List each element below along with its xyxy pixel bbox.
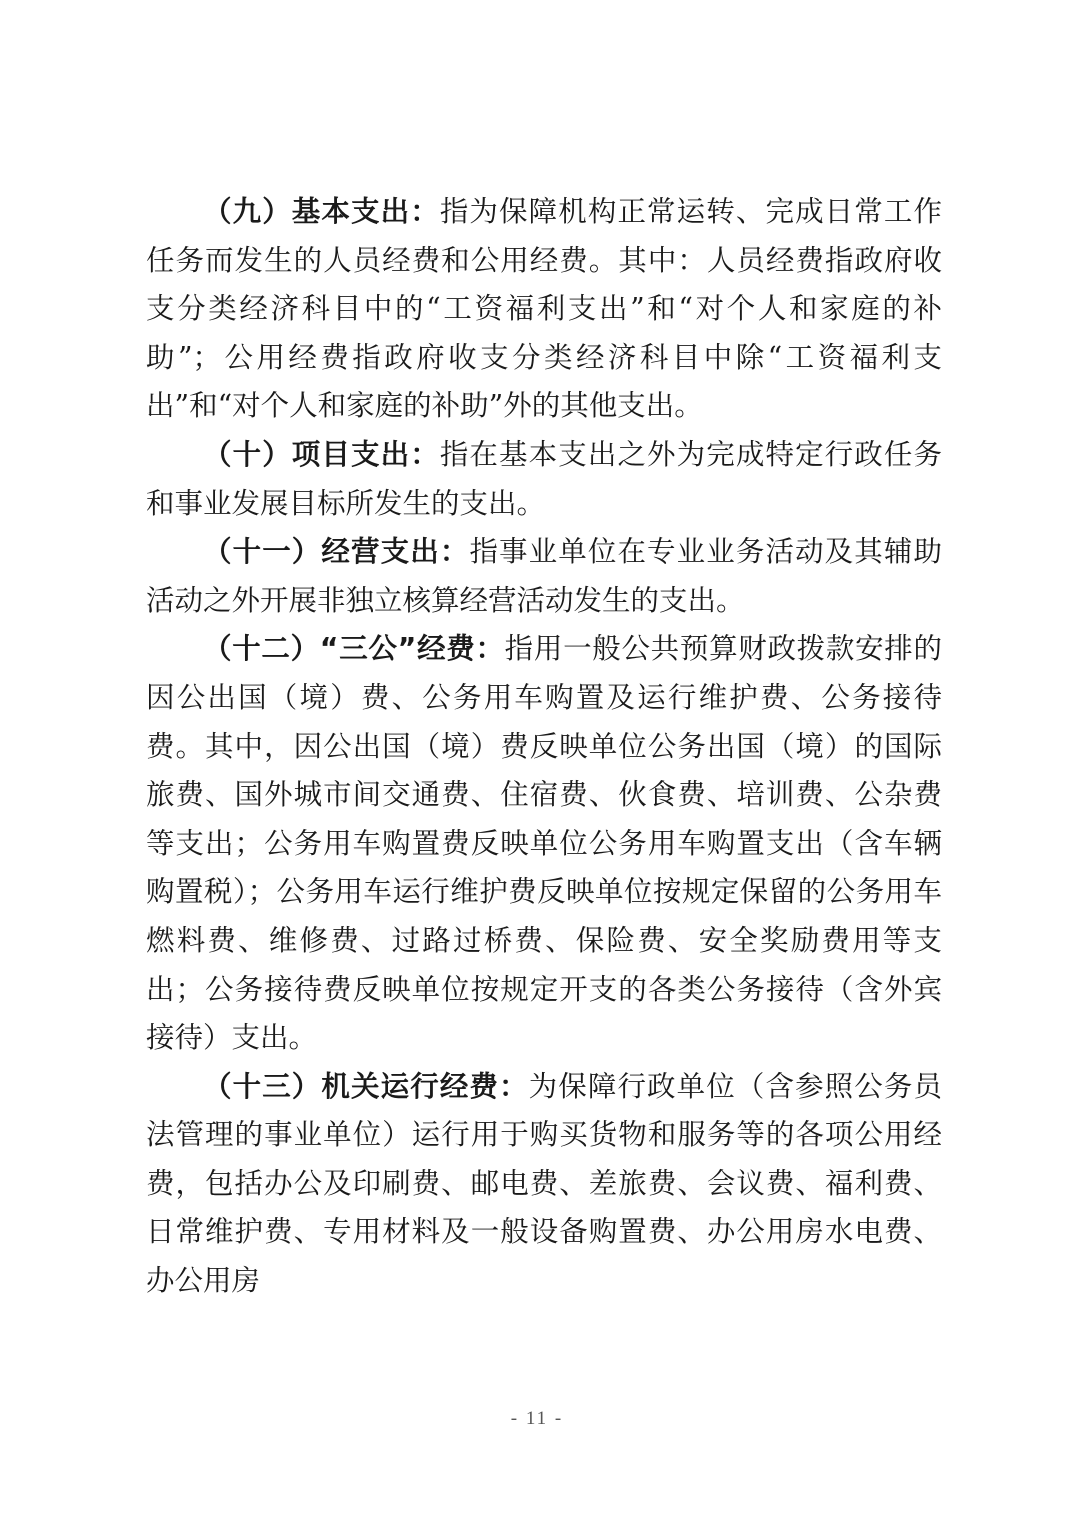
paragraph-business-expenditure: （十一）经营支出：指事业单位在专业业务活动及其辅助活动之外开展非独立核算经营活动… (146, 528, 942, 625)
term-heading: （十一）经营支出： (203, 535, 469, 568)
paragraph-text: 为保障行政单位（含参照公务员法管理的事业单位）运行用于购买货物和服务等的各项公用… (146, 1070, 942, 1297)
paragraph-basic-expenditure: （九）基本支出：指为保障机构正常运转、完成日常工作任务而发生的人员经费和公用经费… (146, 188, 942, 431)
document-body: （九）基本支出：指为保障机构正常运转、完成日常工作任务而发生的人员经费和公用经费… (146, 188, 942, 1306)
term-heading: （十二）“三公”经费： (203, 632, 505, 665)
paragraph-agency-operating-expenses: （十三）机关运行经费：为保障行政单位（含参照公务员法管理的事业单位）运行用于购买… (146, 1063, 942, 1306)
paragraph-text: 指为保障机构正常运转、完成日常工作任务而发生的人员经费和公用经费。其中：人员经费… (146, 195, 942, 422)
page-number: - 11 - (0, 1408, 1074, 1430)
paragraph-project-expenditure: （十）项目支出：指在基本支出之外为完成特定行政任务和事业发展目标所发生的支出。 (146, 431, 942, 528)
document-page: （九）基本支出：指为保障机构正常运转、完成日常工作任务而发生的人员经费和公用经费… (0, 0, 1074, 1520)
paragraph-three-public-expenses: （十二）“三公”经费：指用一般公共预算财政拨款安排的因公出国（境）费、公务用车购… (146, 625, 942, 1062)
term-heading: （十三）机关运行经费： (203, 1070, 529, 1103)
paragraph-text: 指用一般公共预算财政拨款安排的因公出国（境）费、公务用车购置及运行维护费、公务接… (146, 632, 942, 1054)
term-heading: （十）项目支出： (203, 438, 440, 471)
term-heading: （九）基本支出： (203, 195, 440, 228)
